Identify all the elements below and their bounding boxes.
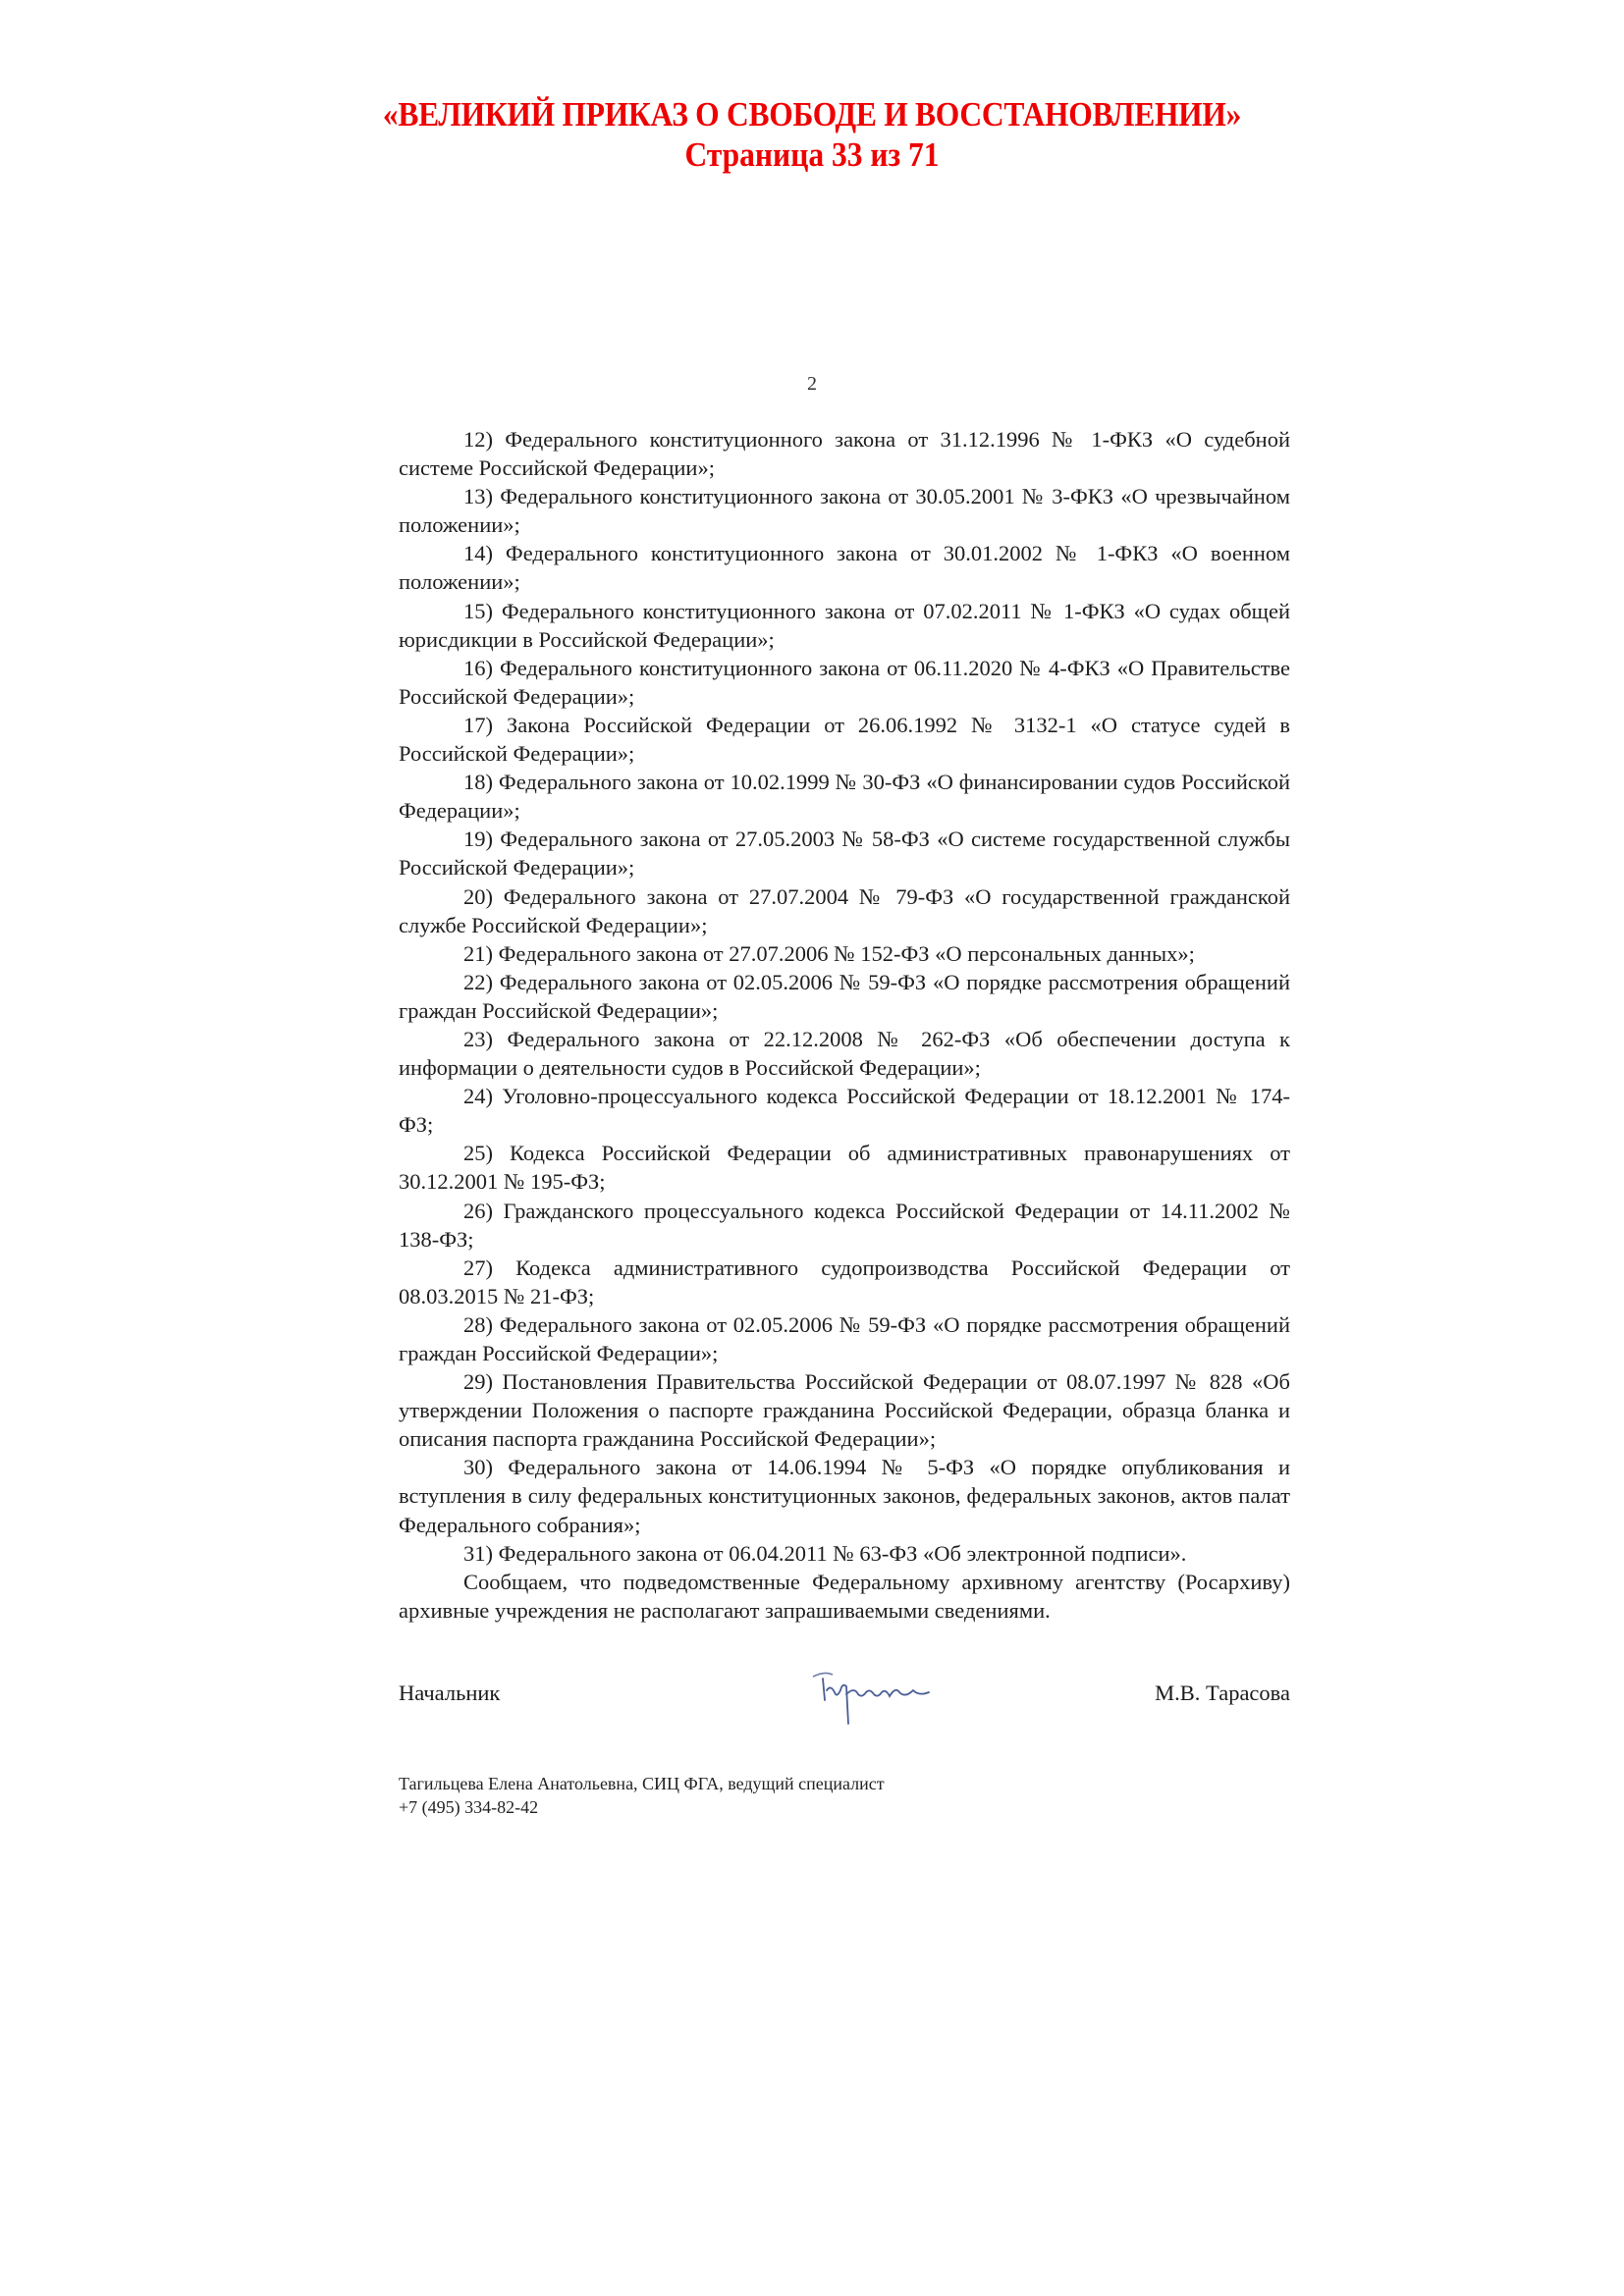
legal-act-item: 21) Федерального закона от 27.07.2006 № …: [399, 939, 1290, 968]
legal-act-item: 29) Постановления Правительства Российск…: [399, 1367, 1290, 1453]
legal-act-item: 26) Гражданского процессуального кодекса…: [399, 1197, 1290, 1254]
legal-act-item: 17) Закона Российской Федерации от 26.06…: [399, 711, 1290, 768]
legal-act-item: 22) Федерального закона от 02.05.2006 № …: [399, 968, 1290, 1025]
legal-act-item: 28) Федерального закона от 02.05.2006 № …: [399, 1310, 1290, 1367]
legal-act-item: 15) Федерального конституционного закона…: [399, 597, 1290, 654]
signatory-name: М.В. Тарасова: [1155, 1681, 1290, 1706]
signature-block: Начальник М.В. Тарасова: [399, 1681, 1290, 1739]
legal-act-item: 19) Федерального закона от 27.05.2003 № …: [399, 825, 1290, 881]
legal-acts-list: 12) Федерального конституционного закона…: [399, 425, 1290, 1568]
legal-act-item: 14) Федерального конституционного закона…: [399, 539, 1290, 596]
executor-info: Тагильцева Елена Анатольевна, СИЦ ФГА, в…: [399, 1772, 885, 1819]
executor-name: Тагильцева Елена Анатольевна, СИЦ ФГА, в…: [399, 1772, 885, 1795]
legal-act-item: 31) Федерального закона от 06.04.2011 № …: [399, 1539, 1290, 1568]
legal-act-item: 23) Федерального закона от 22.12.2008 № …: [399, 1025, 1290, 1082]
legal-act-item: 24) Уголовно-процессуального кодекса Рос…: [399, 1082, 1290, 1139]
legal-act-item: 30) Федерального закона от 14.06.1994 № …: [399, 1453, 1290, 1538]
legal-act-item: 25) Кодекса Российской Федерации об адми…: [399, 1139, 1290, 1196]
conclusion-paragraph: Сообщаем, что подведомственные Федеральн…: [399, 1568, 1290, 1625]
executor-phone: +7 (495) 334-82-42: [399, 1795, 885, 1819]
legal-act-item: 12) Федерального конституционного закона…: [399, 425, 1290, 482]
document-title: «ВЕЛИКИЙ ПРИКАЗ О СВОБОДЕ И ВОССТАНОВЛЕН…: [81, 94, 1543, 135]
legal-act-item: 20) Федерального закона от 27.07.2004 № …: [399, 882, 1290, 939]
handwritten-signature-icon: [803, 1669, 941, 1728]
page-counter: Страница 33 из 71: [81, 135, 1543, 175]
legal-act-item: 13) Федерального конституционного закона…: [399, 482, 1290, 539]
letter-body: 12) Федерального конституционного закона…: [399, 425, 1290, 1625]
legal-act-item: 18) Федерального закона от 10.02.1999 № …: [399, 768, 1290, 825]
letter-page-number: 2: [0, 373, 1624, 396]
signatory-position: Начальник: [399, 1681, 500, 1706]
document-header: «ВЕЛИКИЙ ПРИКАЗ О СВОБОДЕ И ВОССТАНОВЛЕН…: [0, 94, 1624, 175]
legal-act-item: 27) Кодекса административного судопроизв…: [399, 1254, 1290, 1310]
legal-act-item: 16) Федерального конституционного закона…: [399, 654, 1290, 711]
